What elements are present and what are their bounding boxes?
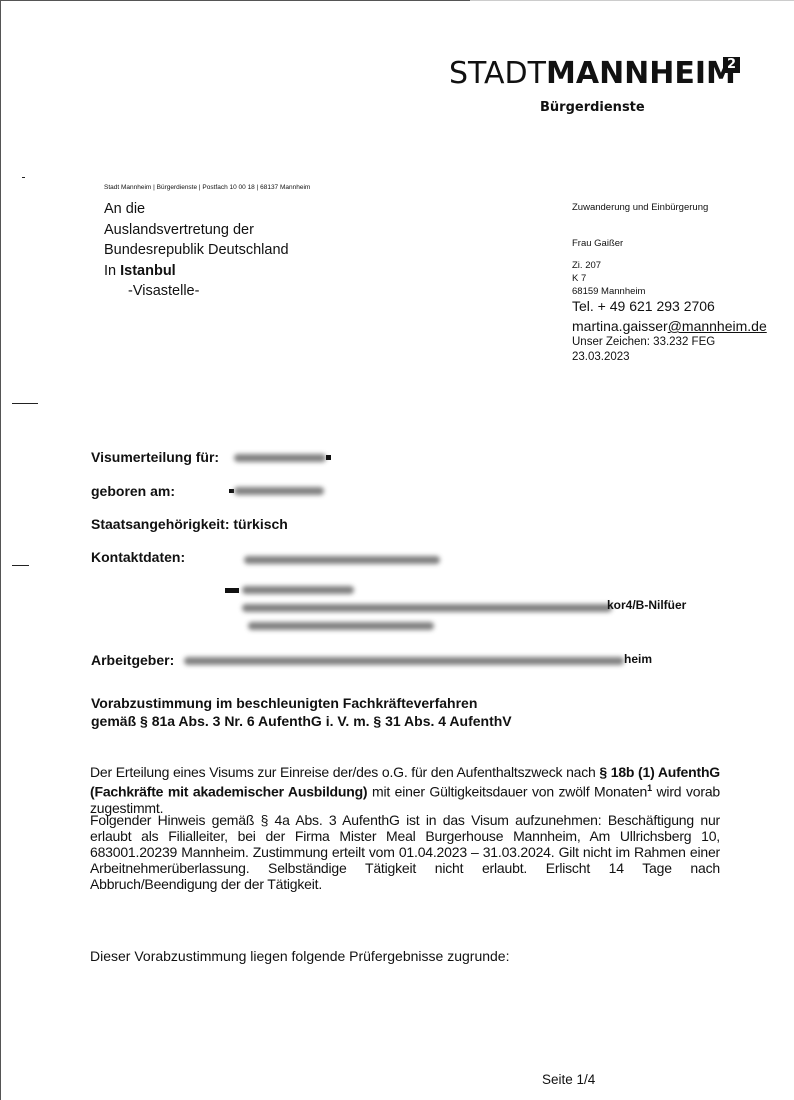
recipient-department: -Visastelle- (104, 281, 289, 302)
body-text: mit einer Gültigkeitsdauer von zwölf Mon… (367, 784, 647, 800)
redaction-mark (326, 455, 331, 460)
findings-intro: Dieser Vorabzustimmung liegen folgende P… (90, 948, 509, 964)
scan-edge-top (0, 0, 470, 1)
employer-partial-tail: heim (624, 652, 652, 666)
redacted-email (244, 556, 440, 564)
employer-label: Arbeitgeber: (91, 652, 174, 668)
redacted-address-line1 (242, 604, 612, 612)
contact-reference: Unser Zeichen: 33.232 FEG (572, 336, 715, 348)
letter-page: STADTMANNHEIM 2 Bürgerdienste Stadt Mann… (0, 0, 794, 1100)
contact-room: Zi. 207 (572, 260, 601, 271)
logo-stadt: STADT (449, 56, 546, 91)
nationality-label: Staatsangehörigkeit: türkisch (91, 516, 288, 532)
redaction-mark (225, 588, 239, 593)
contact-phone: Tel. + 49 621 293 2706 (572, 298, 715, 314)
recipient-city-line: In Istanbul (104, 261, 289, 282)
recipient-line: Bundesrepublik Deutschland (104, 240, 289, 261)
recipient-line: An die (104, 199, 289, 220)
contact-email[interactable]: martina.gaisser@mannheim.de (572, 318, 767, 334)
subject-line: Vorabzustimmung im beschleunigten Fachkr… (91, 694, 512, 712)
redacted-birthdate (234, 487, 324, 495)
contact-street: K 7 (572, 273, 586, 284)
letter-date: 23.03.2023 (572, 351, 630, 363)
redacted-phone (242, 586, 354, 594)
email-domain-link[interactable]: @mannheim.de (668, 318, 767, 334)
fold-mark-upper (12, 403, 38, 404)
email-user: martina.gaisser (572, 318, 668, 334)
born-label: geboren am: (91, 483, 175, 499)
department-name: Bürgerdienste (540, 100, 645, 115)
contact-city: 68159 Mannheim (572, 286, 645, 297)
logo-mannheim: MANNHEIM (546, 56, 736, 91)
logo-badge-icon: 2 (723, 57, 740, 73)
scan-edge-left (0, 0, 1, 1100)
fold-mark-lower (12, 565, 29, 566)
sender-return-address: Stadt Mannheim | Bürgerdienste | Postfac… (104, 184, 310, 191)
body-text: Der Erteilung eines Visums zur Einreise … (90, 764, 599, 780)
recipient-city-prefix: In (104, 263, 120, 279)
recipient-line: Auslandsvertretung der (104, 220, 289, 241)
letter-subject: Vorabzustimmung im beschleunigten Fachkr… (91, 694, 512, 730)
recipient-address: An die Auslandsvertretung der Bundesrepu… (104, 199, 289, 302)
recipient-city: Istanbul (120, 263, 176, 279)
contact-name: Frau Gaißer (572, 238, 623, 249)
body-paragraph-visa-note: Folgender Hinweis gemäß § 4a Abs. 3 Aufe… (90, 812, 720, 892)
contact-office: Zuwanderung und Einbürgerung (572, 202, 708, 213)
address-partial-tail: kor4/B-Nilfüer (607, 598, 686, 612)
scan-speck (22, 177, 25, 178)
scan-edge-top-light (470, 0, 794, 1)
redacted-employer (184, 657, 624, 665)
visa-for-label: Visumerteilung für: (91, 449, 219, 465)
page-number: Seite 1/4 (542, 1072, 595, 1087)
redacted-name (234, 454, 326, 462)
body-paragraph-consent: Der Erteilung eines Visums zur Einreise … (90, 764, 720, 816)
subject-line: gemäß § 81a Abs. 3 Nr. 6 AufenthG i. V. … (91, 712, 512, 730)
city-logo: STADTMANNHEIM (449, 56, 736, 92)
redacted-address-line2 (248, 622, 434, 630)
contact-data-label: Kontaktdaten: (91, 549, 185, 565)
